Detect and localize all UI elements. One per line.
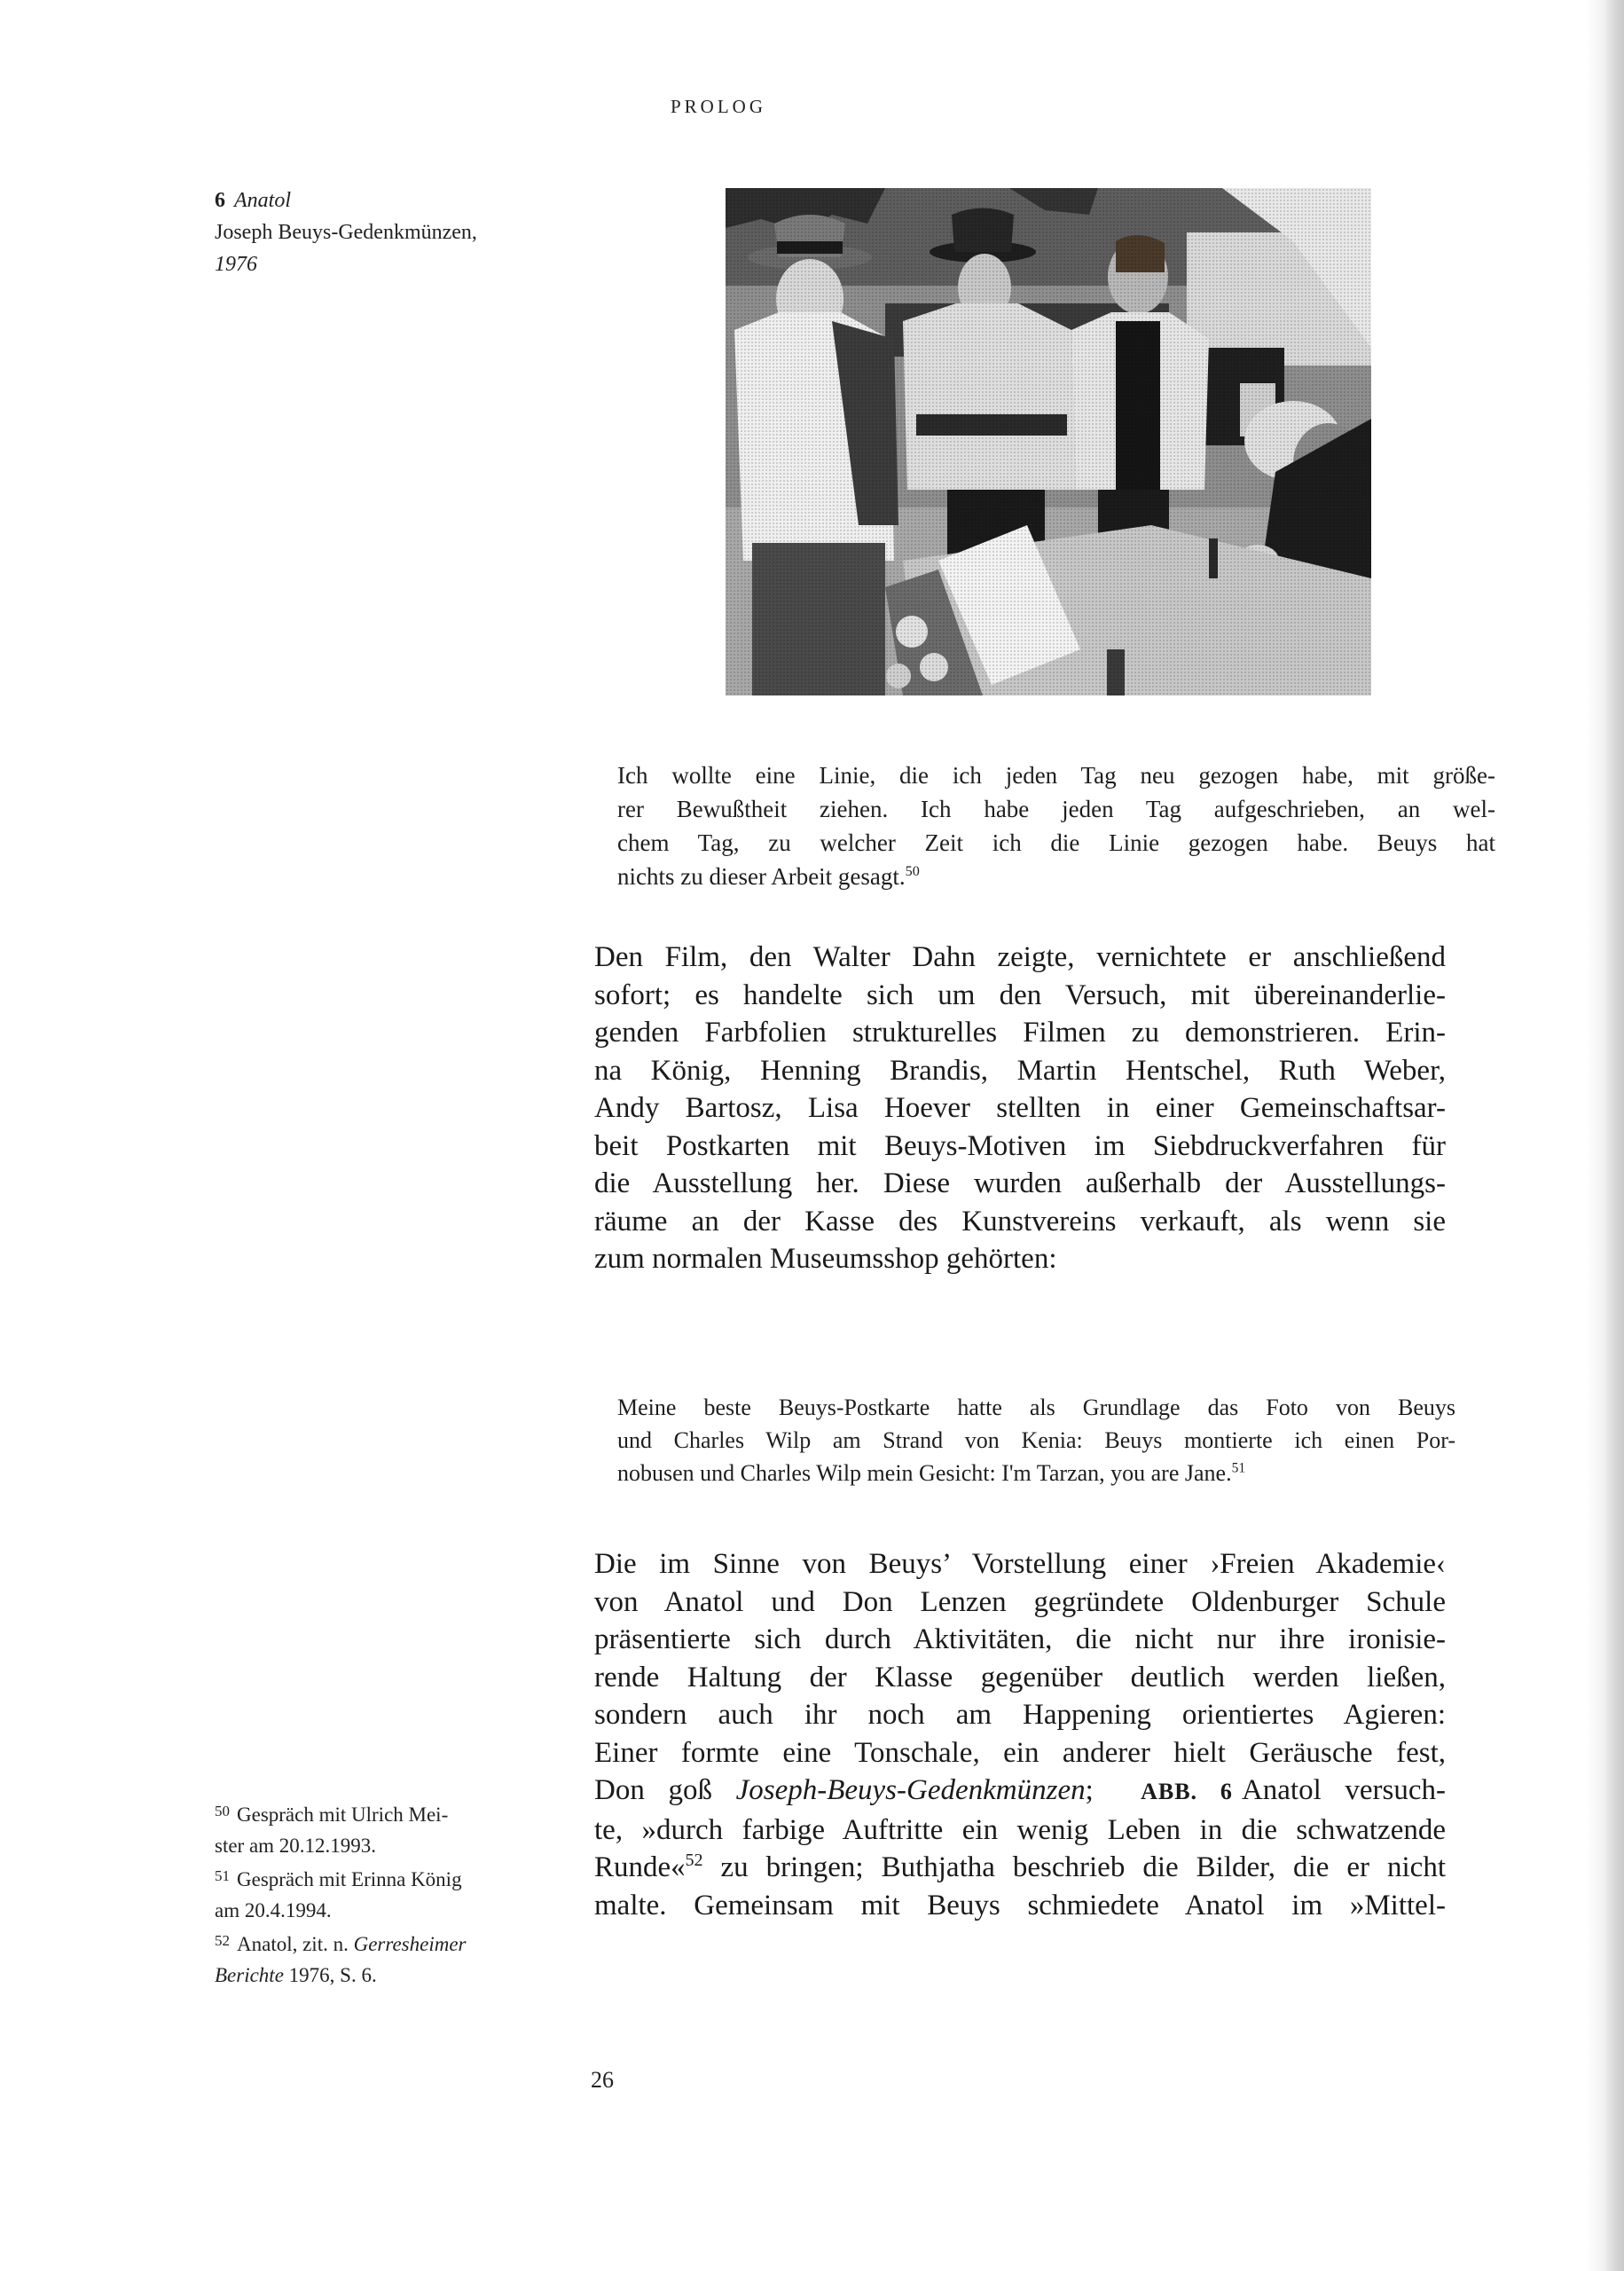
paragraph-line: Einer formte eine Tonschale, ein anderer… — [594, 1734, 1446, 1772]
block-quote-1: Ich wollte eine Linie, die ich jeden Tag… — [617, 758, 1495, 893]
quote-1-line: chem Tag, zu welcher Zeit ich die Linie … — [617, 826, 1495, 860]
paragraph-1: Den Film, den Walter Dahn zeigte, vernic… — [594, 939, 1446, 1278]
footnote-text: Anatol, zit. n. — [237, 1933, 354, 1955]
figure-photograph — [726, 188, 1371, 695]
paragraph-line-with-footnote: Runde«52 zu bringen; Buthjatha beschrieb… — [594, 1849, 1446, 1887]
figure-caption: 6Anatol Joseph Beuys-Gedenkmünzen, 1976 — [215, 185, 587, 280]
running-head: PROLOG — [603, 96, 834, 118]
text: Anatol versuch- — [1242, 1774, 1446, 1806]
paragraph-line: von Anatol und Don Lenzen gegründete Old… — [594, 1583, 1446, 1622]
paragraph-line: zum normalen Museumsshop gehörten: — [594, 1240, 1446, 1278]
footnote-51: 51Gespräch mit Erinna König — [215, 1861, 552, 1896]
footnote-51-cont: am 20.4.1994. — [215, 1896, 552, 1927]
footnote-ref-51[interactable]: 51 — [1232, 1460, 1246, 1475]
quote-2-text: nobusen und Charles Wilp mein Gesicht: I… — [617, 1460, 1232, 1486]
paragraph-line: die Ausstellung her. Diese wurden außerh… — [594, 1165, 1446, 1203]
text: Don goß — [594, 1774, 736, 1806]
figure-reference-link[interactable]: ABB. 6 — [1141, 1779, 1233, 1804]
figure-title: Joseph Beuys-Gedenkmünzen, — [215, 216, 587, 248]
footnote-text: 1976, S. 6. — [284, 1964, 377, 1986]
paragraph-line: rende Haltung der Klasse gegenüber deutl… — [594, 1659, 1446, 1697]
footnotes: 50Gespräch mit Ulrich Mei- ster am 20.12… — [215, 1796, 552, 1991]
quote-1-line-last: nichts zu dieser Arbeit gesagt.50 — [617, 860, 1495, 893]
footnote-number: 50 — [215, 1803, 230, 1819]
figure-caption-line-1: 6Anatol — [215, 185, 587, 216]
figure-artist: Anatol — [234, 189, 291, 212]
paragraph-line: sofort; es handelte sich um den Versuch,… — [594, 977, 1446, 1015]
footnote-50: 50Gespräch mit Ulrich Mei- — [215, 1796, 552, 1831]
block-quote-2: Meine beste Beuys-Postkarte hatte als Gr… — [617, 1391, 1455, 1489]
paragraph-line: Die im Sinne von Beuys’ Vorstellung eine… — [594, 1545, 1446, 1583]
paragraph-2: Die im Sinne von Beuys’ Vorstellung eine… — [594, 1545, 1446, 1924]
footnote-52: 52Anatol, zit. n. Gerresheimer — [215, 1926, 552, 1961]
page-number: 26 — [591, 2067, 614, 2094]
text: ; — [1086, 1774, 1094, 1806]
footnote-text: Gespräch mit Ulrich Mei- — [237, 1803, 448, 1826]
page-edge-shadow — [1587, 0, 1624, 2271]
paragraph-line: beit Postkarten mit Beuys-Motiven im Sie… — [594, 1128, 1446, 1166]
footnote-ref-50[interactable]: 50 — [906, 863, 920, 879]
paragraph-line: genden Farbfolien strukturelles Filmen z… — [594, 1014, 1446, 1052]
quote-2-line-last: nobusen und Charles Wilp mein Gesicht: I… — [617, 1457, 1455, 1489]
footnote-52-cont: Berichte 1976, S. 6. — [215, 1961, 552, 1992]
quote-1-line: rer Bewußtheit ziehen. Ich habe jeden Ta… — [617, 792, 1495, 826]
paragraph-line: präsentierte sich durch Aktivitäten, die… — [594, 1621, 1446, 1659]
quote-2-line: und Charles Wilp am Strand von Kenia: Be… — [617, 1424, 1455, 1457]
paragraph-line: te, »durch farbige Auftritte ein wenig L… — [594, 1811, 1446, 1850]
publication-title: Gerresheimer — [354, 1933, 467, 1955]
figure-year: 1976 — [215, 248, 587, 280]
publication-title: Berichte — [215, 1964, 284, 1986]
text: zu bringen; Buthjatha beschrieb die Bild… — [702, 1851, 1446, 1883]
footnote-text: Gespräch mit Erinna König — [237, 1868, 462, 1890]
quote-2-line: Meine beste Beuys-Postkarte hatte als Gr… — [617, 1391, 1455, 1424]
footnote-50-cont: ster am 20.12.1993. — [215, 1831, 552, 1862]
paragraph-line: sondern auch ihr noch am Happening orien… — [594, 1696, 1446, 1734]
paragraph-line: räume an der Kasse des Kunstvereins verk… — [594, 1203, 1446, 1241]
artwork-title: Joseph-Beuys-Gedenkmünzen — [736, 1774, 1086, 1806]
text: Runde« — [594, 1851, 686, 1883]
figure-number: 6 — [215, 189, 225, 212]
quote-1-line: Ich wollte eine Linie, die ich jeden Tag… — [617, 758, 1495, 792]
quote-1-text: nichts zu dieser Arbeit gesagt. — [617, 863, 906, 890]
paragraph-line-with-figure-ref: Don goß Joseph-Beuys-Gedenkmünzen; ABB. … — [594, 1772, 1446, 1811]
paragraph-line: malte. Gemeinsam mit Beuys schmiedete An… — [594, 1887, 1446, 1925]
footnote-ref-52[interactable]: 52 — [686, 1851, 703, 1870]
footnote-number: 51 — [215, 1867, 230, 1884]
paragraph-line: na König, Henning Brandis, Martin Hentsc… — [594, 1052, 1446, 1090]
footnote-number: 52 — [215, 1932, 230, 1949]
paragraph-line: Andy Bartosz, Lisa Hoever stellten in ei… — [594, 1089, 1446, 1128]
paragraph-line: Den Film, den Walter Dahn zeigte, vernic… — [594, 939, 1446, 977]
